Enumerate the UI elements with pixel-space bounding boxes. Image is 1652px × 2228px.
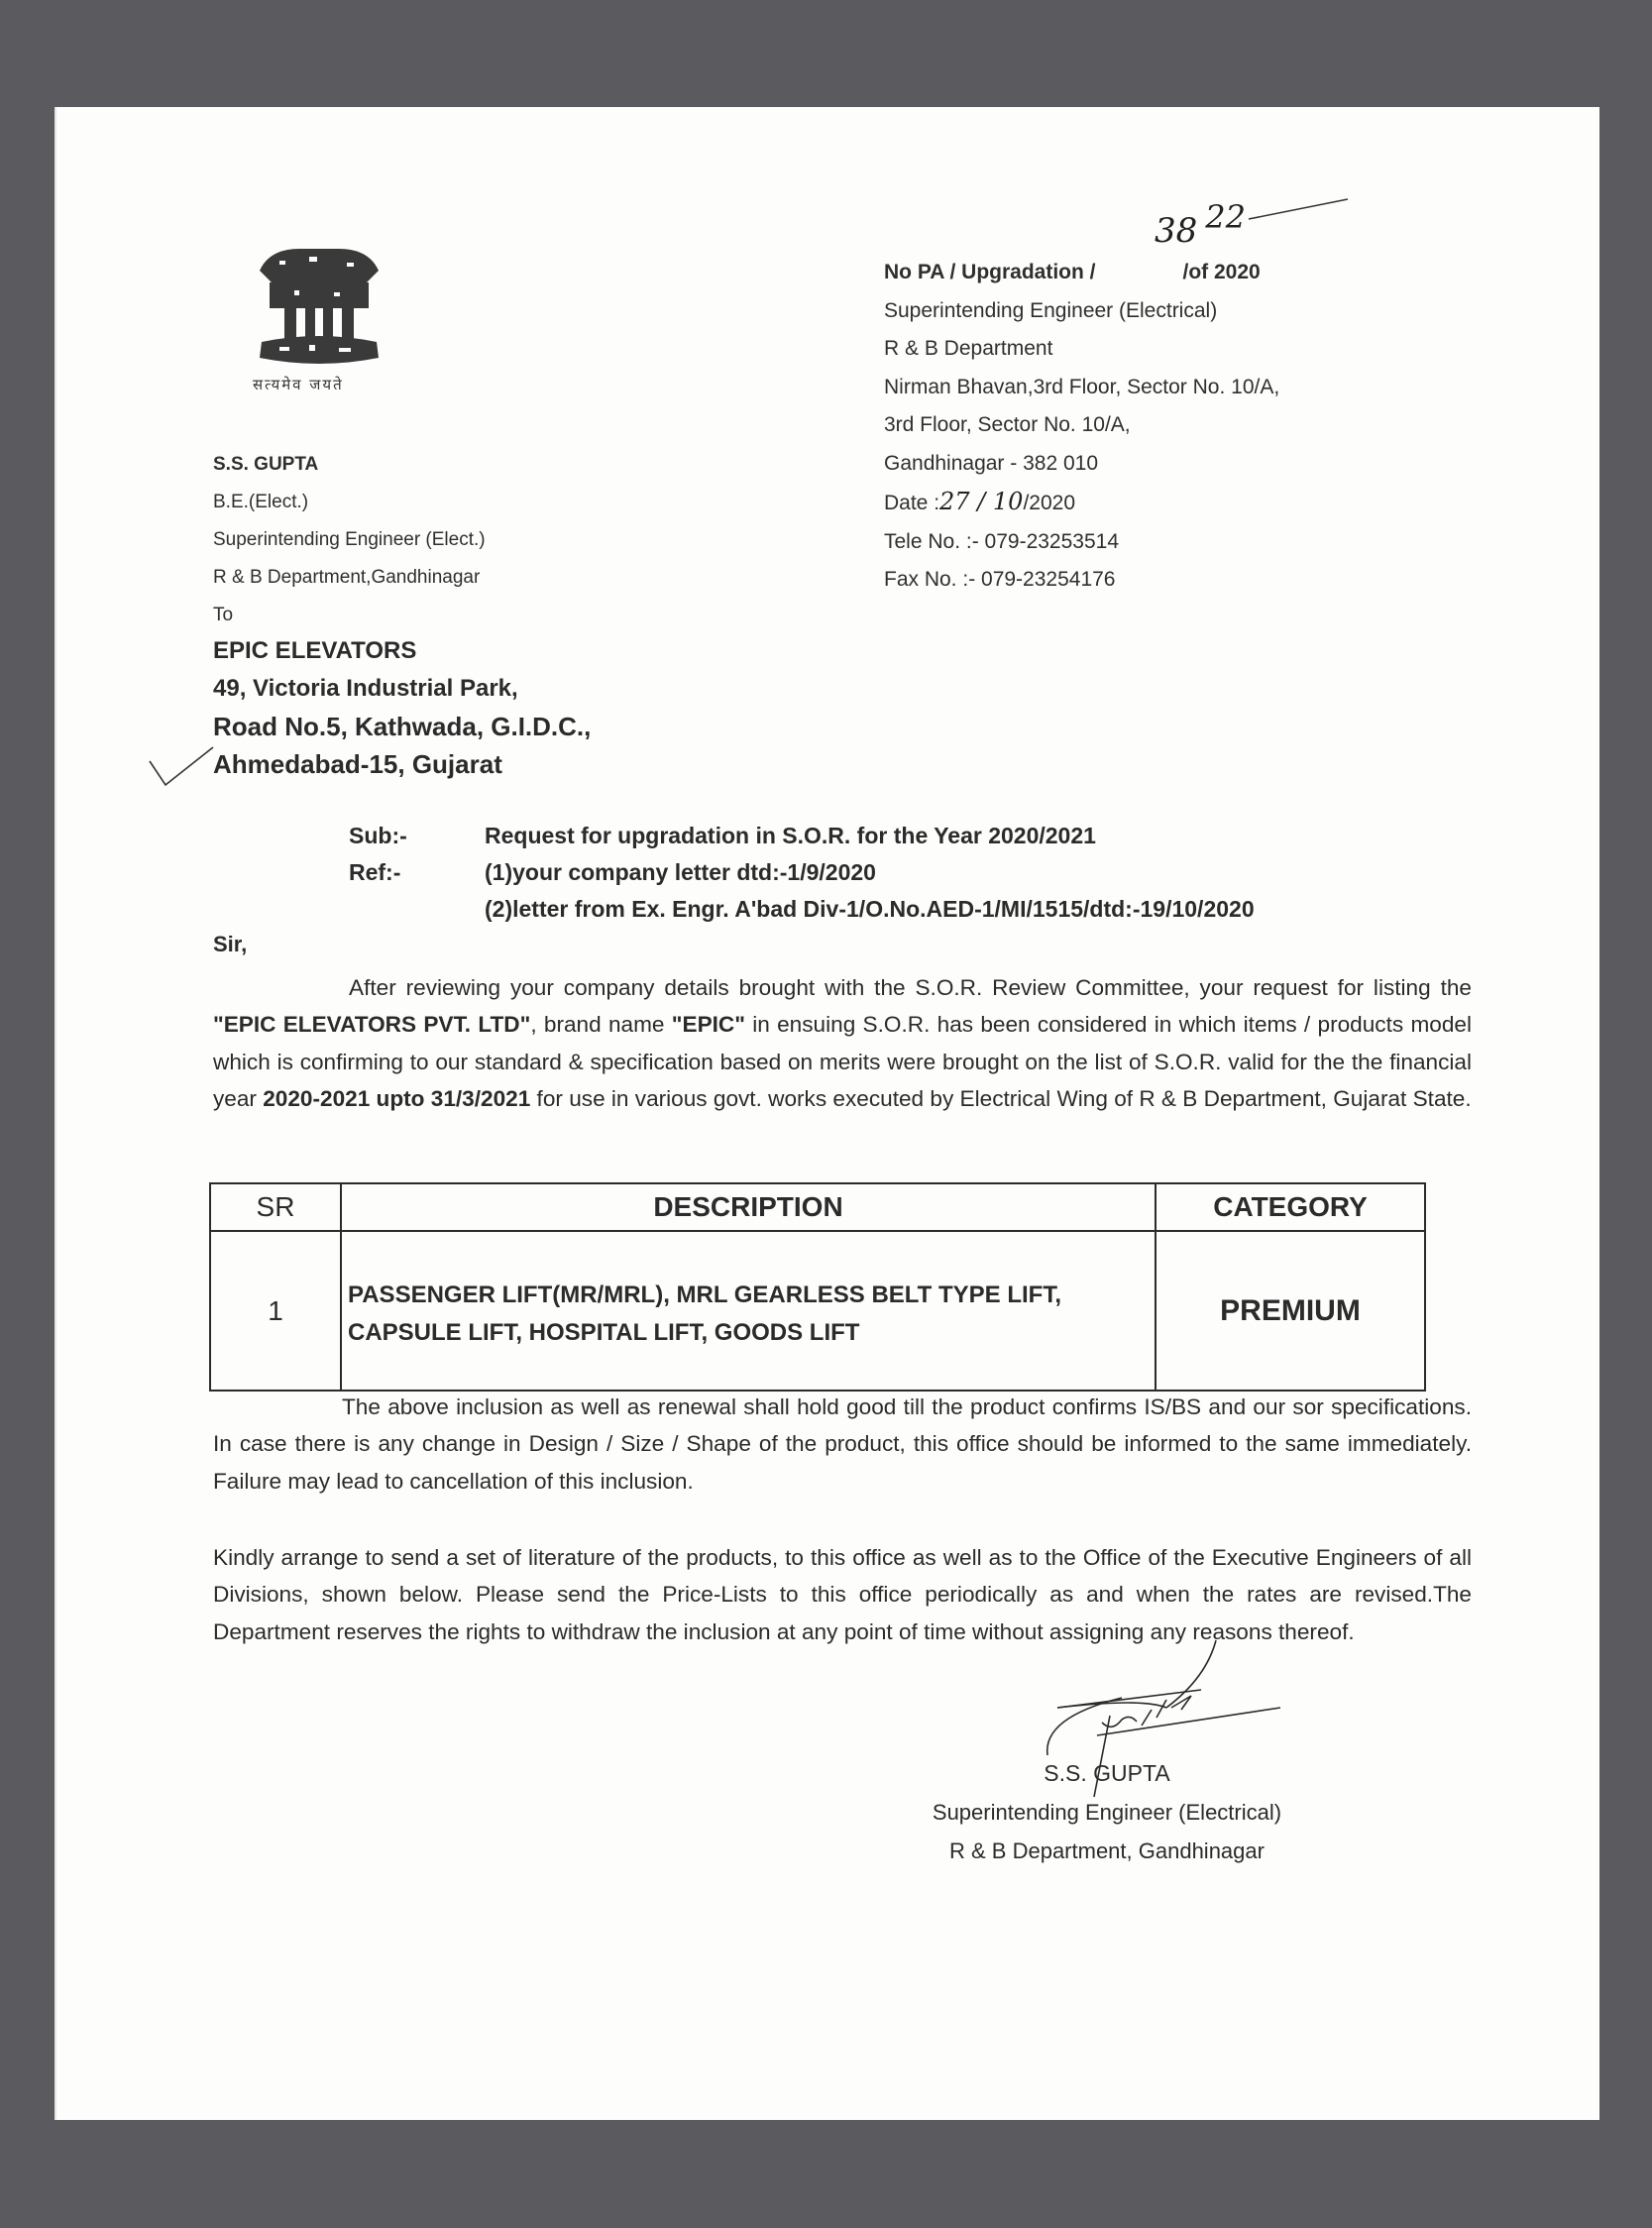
to-label: To xyxy=(213,597,486,634)
reference-line-1: Ref:-(1)your company letter dtd:-1/9/202… xyxy=(349,854,1255,891)
cell-category: PREMIUM xyxy=(1156,1231,1425,1391)
handwritten-tick-mark xyxy=(148,739,217,789)
sender-name: S.S. GUPTA xyxy=(213,446,486,484)
sender-designation: Superintending Engineer (Elect.) xyxy=(213,521,486,559)
office-city: Gandhinagar - 382 010 xyxy=(884,445,1279,484)
office-address-block: No PA / Upgradation //of 2020 Superinten… xyxy=(884,254,1279,600)
office-department: R & B Department xyxy=(884,330,1279,369)
sender-department: R & B Department,Gandhinagar xyxy=(213,559,486,597)
handwritten-ref-number: 3822 xyxy=(1155,211,1246,251)
recipient-address-line3: Ahmedabad-15, Gujarat xyxy=(213,745,591,783)
body-paragraph-3: Kindly arrange to send a set of literatu… xyxy=(213,1539,1472,1650)
recipient-company: EPIC ELEVATORS xyxy=(213,632,591,670)
sor-items-table: SR DESCRIPTION CATEGORY 1 PASSENGER LIFT… xyxy=(209,1182,1426,1392)
signatory-department: R & B Department, Gandhinagar xyxy=(889,1832,1325,1870)
signature-block: S.S. GUPTA Superintending Engineer (Elec… xyxy=(889,1754,1325,1870)
office-address-line1: Nirman Bhavan,3rd Floor, Sector No. 10/A… xyxy=(884,369,1279,407)
salutation: Sir, xyxy=(213,932,247,957)
table-row: 1 PASSENGER LIFT(MR/MRL), MRL GEARLESS B… xyxy=(210,1231,1425,1391)
cell-sr: 1 xyxy=(210,1231,341,1391)
state-emblem-icon xyxy=(240,231,398,390)
cell-description: PASSENGER LIFT(MR/MRL), MRL GEARLESS BEL… xyxy=(341,1231,1156,1391)
sender-qualification: B.E.(Elect.) xyxy=(213,484,486,521)
column-header-description: DESCRIPTION xyxy=(341,1183,1156,1231)
subject-line: Sub:-Request for upgradation in S.O.R. f… xyxy=(349,818,1255,854)
body-paragraph-1: After reviewing your company details bro… xyxy=(213,969,1472,1117)
handwritten-stroke xyxy=(1244,194,1353,224)
office-address-line2: 3rd Floor, Sector No. 10/A, xyxy=(884,406,1279,445)
signatory-name: S.S. GUPTA xyxy=(889,1754,1325,1793)
emblem-motto: सत्यमेव जयते xyxy=(253,375,344,394)
subject-reference-block: Sub:-Request for upgradation in S.O.R. f… xyxy=(349,818,1255,928)
signatory-designation: Superintending Engineer (Electrical) xyxy=(889,1793,1325,1832)
recipient-address-line2: Road No.5, Kathwada, G.I.D.C., xyxy=(213,708,591,745)
reference-line-2: (2)letter from Ex. Engr. A'bad Div-1/O.N… xyxy=(349,891,1255,928)
fax-number: Fax No. :- 079-23254176 xyxy=(884,561,1279,600)
letter-page: सत्यमेव जयते 3822 No PA / Upgradation //… xyxy=(55,107,1599,2120)
reference-number: No PA / Upgradation //of 2020 xyxy=(884,254,1279,292)
sender-block: S.S. GUPTA B.E.(Elect.) Superintending E… xyxy=(213,446,486,634)
recipient-address: EPIC ELEVATORS 49, Victoria Industrial P… xyxy=(213,632,591,783)
column-header-category: CATEGORY xyxy=(1156,1183,1425,1231)
column-header-sr: SR xyxy=(210,1183,341,1231)
body-paragraph-2: The above inclusion as well as renewal s… xyxy=(213,1389,1472,1500)
office-designation: Superintending Engineer (Electrical) xyxy=(884,292,1279,331)
telephone-number: Tele No. :- 079-23253514 xyxy=(884,523,1279,562)
letter-date: Date :27 / 10/2020 xyxy=(884,483,1279,523)
recipient-address-line1: 49, Victoria Industrial Park, xyxy=(213,670,591,708)
